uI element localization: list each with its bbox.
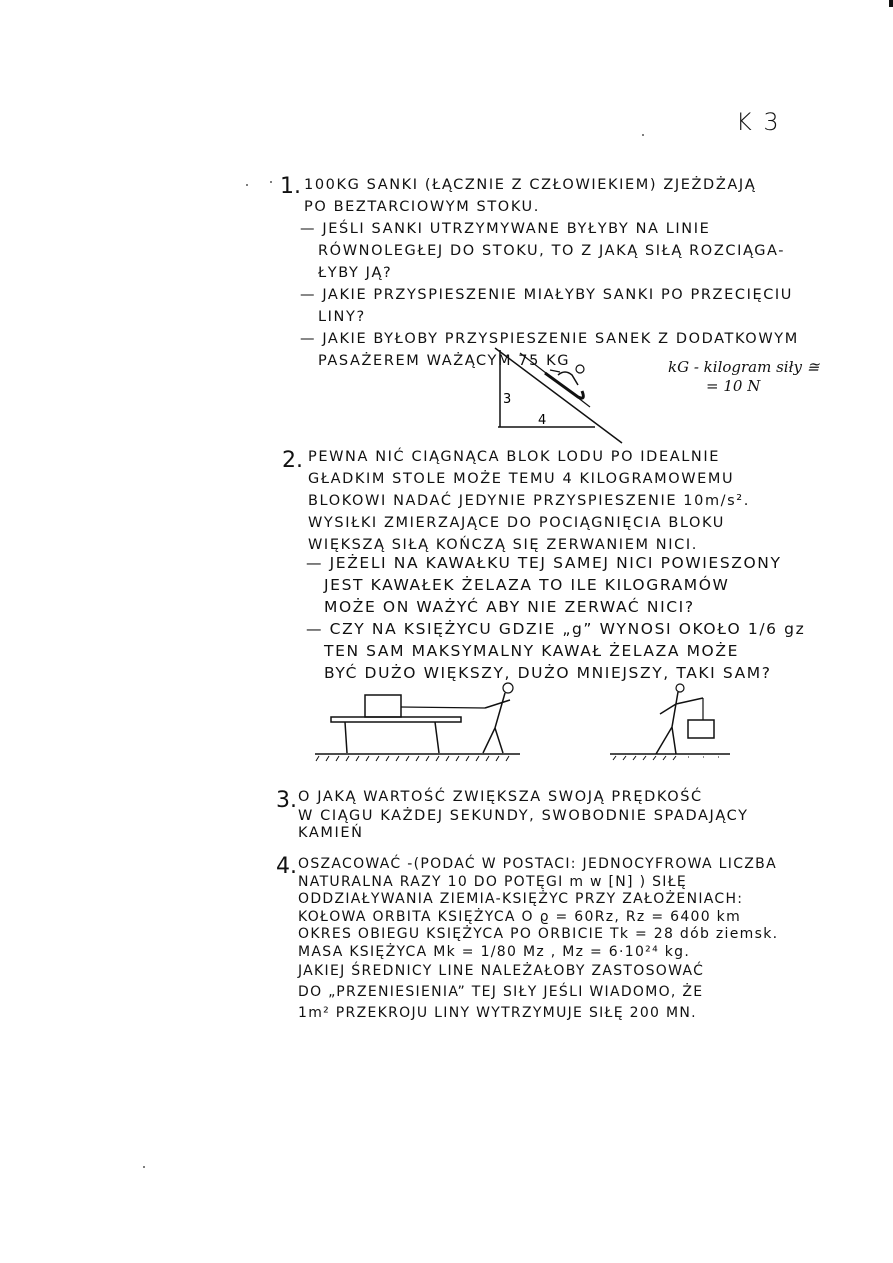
scan-dot — [246, 184, 248, 186]
scan-dot — [143, 1166, 145, 1168]
scan-dot — [642, 134, 644, 136]
problem-4-line: NATURALNA RAZY 10 DO POTĘGI m w [N] ) SI… — [298, 874, 778, 892]
problem-2-number: 2. — [282, 448, 303, 473]
scanned-page: K 3 1. 100KG SANKI (ŁĄCZNIE Z CZŁOWIEKIE… — [0, 0, 893, 1263]
problem-4-number: 4. — [276, 854, 297, 879]
problem-4-line: 1m² PRZEKROJU LINY WYTRZYMUJE SIŁĘ 200 M… — [298, 1003, 778, 1024]
unit-note-line: kG - kilogram siły ≅ — [668, 358, 819, 377]
problem-2-intro-line: PEWNA NIĆ CIĄGNĄCA BLOK LODU PO IDEALNIE — [308, 446, 750, 468]
question-line: TEN SAM MAKSYMALNY KAWAŁ ŻELAZA MOŻE — [306, 640, 805, 662]
problem-4-line: JAKIEJ ŚREDNICY LINE NALEŻAŁOBY ZASTOSOW… — [298, 961, 778, 982]
unit-note-line: = 10 N — [668, 377, 819, 396]
problem-1-intro-line: 100KG SANKI (ŁĄCZNIE Z CZŁOWIEKIEM) ZJEŻ… — [304, 174, 756, 196]
page-id-label: K 3 — [736, 108, 781, 136]
problem-2-text: PEWNA NIĆ CIĄGNĄCA BLOK LODU PO IDEALNIE… — [308, 446, 750, 556]
pulling-block-figure — [305, 678, 525, 760]
problem-2-intro-line: GŁADKIM STOLE MOŻE TEMU 4 KILOGRAMOWEMU — [308, 468, 750, 490]
problem-4-line: OKRES OBIEGU KSIĘŻYCA PO ORBICIE Tk = 28… — [298, 926, 778, 944]
problem-2-intro-line: BLOKOWI NADAĆ JEDYNIE PRZYSPIESZENIE 10m… — [308, 490, 750, 512]
problem-2-questions: JEŻELI NA KAWAŁKU TEJ SAMEJ NICI POWIESZ… — [306, 552, 805, 684]
question-line: LINY? — [300, 306, 799, 328]
question-line: RÓWNOLEGŁEJ DO STOKU, TO Z JAKĄ SIŁĄ ROZ… — [300, 240, 799, 262]
problem-4-line: ODDZIAŁYWANIA ZIEMIA-KSIĘŻYC PRZY ZAŁOŻE… — [298, 891, 778, 909]
question-line: JEST KAWAŁEK ŻELAZA TO ILE KILOGRAMÓW — [306, 574, 805, 596]
problem-3-line: W CIĄGU KAŻDEJ SEKUNDY, SWOBODNIE SPADAJ… — [298, 808, 749, 825]
problem-4-line: MASA KSIĘŻYCA Mk = 1/80 Mz , Mz = 6·10²⁴… — [298, 944, 778, 962]
hanging-block-figure — [608, 682, 738, 760]
question-line: ŁYBY JĄ? — [300, 262, 799, 284]
incline-figure: 3 4 — [490, 345, 640, 450]
problem-1-intro-line: PO BEZTARCIOWYM STOKU. — [304, 196, 756, 218]
problem-4-line: DO „PRZENIESIENIA” TEJ SIŁY JEŚLI WIADOM… — [298, 982, 778, 1003]
incline-height-label: 3 — [503, 392, 511, 407]
question-line: CZY NA KSIĘŻYCU GDZIE „g” WYNOSI OKOŁO 1… — [306, 618, 805, 640]
problem-4-line: OSZACOWAĆ -(PODAĆ W POSTACI: JEDNOCYFROW… — [298, 856, 778, 874]
problem-4-text: OSZACOWAĆ -(PODAĆ W POSTACI: JEDNOCYFROW… — [298, 856, 778, 1024]
problem-4-line: KOŁOWA ORBITA KSIĘŻYCA O ϱ = 60Rz, Rz = … — [298, 909, 778, 927]
problem-3-text: O JAKĄ WARTOŚĆ ZWIĘKSZA SWOJĄ PRĘDKOŚĆ W… — [298, 786, 749, 842]
problem-3-line: KAMIEŃ — [298, 825, 749, 842]
problem-2-intro-line: WYSIŁKI ZMIERZAJĄCE DO POCIĄGNIĘCIA BLOK… — [308, 512, 750, 534]
scan-dot — [270, 181, 272, 183]
question-line: JEŻELI NA KAWAŁKU TEJ SAMEJ NICI POWIESZ… — [306, 552, 805, 574]
problem-1-number: 1. — [280, 174, 301, 199]
unit-note: kG - kilogram siły ≅ = 10 N — [668, 358, 819, 396]
question-line: MOŻE ON WAŻYĆ ABY NIE ZERWAĆ NICI? — [306, 596, 805, 618]
question-line: JAKIE PRZYSPIESZENIE MIAŁYBY SANKI PO PR… — [300, 284, 799, 306]
scan-edge-mark — [889, 0, 893, 7]
problem-1-text: 100KG SANKI (ŁĄCZNIE Z CZŁOWIEKIEM) ZJEŻ… — [304, 174, 756, 218]
problem-3-line: O JAKĄ WARTOŚĆ ZWIĘKSZA SWOJĄ PRĘDKOŚĆ — [298, 786, 749, 808]
problem-3-number: 3. — [276, 788, 297, 813]
incline-base-label: 4 — [538, 413, 546, 428]
question-line: JEŚLI SANKI UTRZYMYWANE BYŁYBY NA LINIE — [300, 218, 799, 240]
